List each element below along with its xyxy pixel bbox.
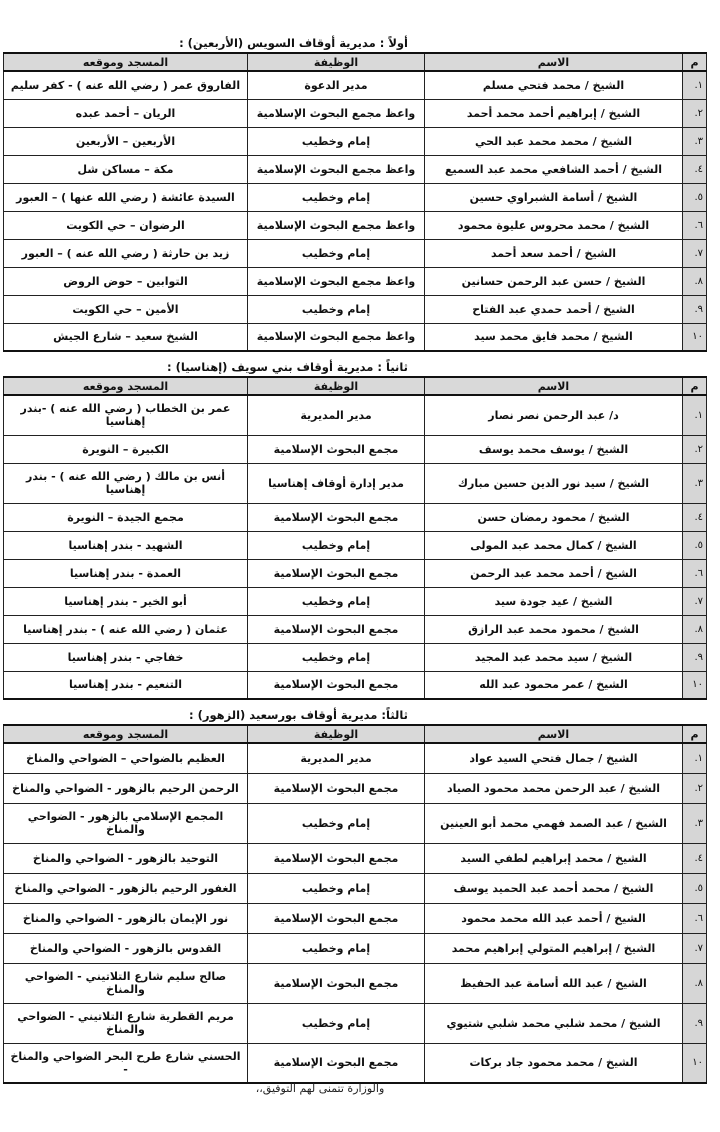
person-name: الشيخ / محمود رمضان حسن <box>425 503 683 531</box>
person-name: د/ عبد الرحمن نصر نصار <box>425 395 683 435</box>
job-title: مدير إدارة أوقاف إهناسيا <box>248 463 425 503</box>
table-row: ٨.الشيخ / عبد الله أسامة عبد الحفيظمجمع … <box>4 963 707 1003</box>
table-row: ١.الشيخ / محمد فتحي مسلممدير الدعوةالفار… <box>4 71 707 99</box>
person-name: الشيخ / عبد الله أسامة عبد الحفيظ <box>425 963 683 1003</box>
job-title: واعظ مجمع البحوث الإسلامية <box>248 323 425 351</box>
table-port-said: م الاسم الوظيفة المسجد وموقعه ١.الشيخ / … <box>3 724 707 1084</box>
person-name: الشيخ / محمد شلبي محمد شلبي شتيوي <box>425 1003 683 1043</box>
person-name: الشيخ / محمد محمد عبد الحي <box>425 127 683 155</box>
row-number: ١. <box>683 71 707 99</box>
table-suez: م الاسم الوظيفة المسجد وموقعه ١.الشيخ / … <box>3 52 707 352</box>
job-title: إمام وخطيب <box>248 803 425 843</box>
table-row: ٧.الشيخ / إبراهيم المتولي إبراهيم محمدإم… <box>4 933 707 963</box>
person-name: الشيخ / عيد جودة سيد <box>425 587 683 615</box>
section-title-port-said: ثالثاً: مديرية أوقاف بورسعيد (الزهور) : <box>189 708 408 722</box>
row-number: ٨. <box>683 615 707 643</box>
row-number: ٣. <box>683 803 707 843</box>
table-row: ٨.الشيخ / محمود محمد عبد الرازقمجمع البح… <box>4 615 707 643</box>
job-title: مدير المديرية <box>248 395 425 435</box>
person-name: الشيخ / أحمد الشافعي محمد عبد السميع <box>425 155 683 183</box>
job-title: واعظ مجمع البحوث الإسلامية <box>248 155 425 183</box>
row-number: ٩. <box>683 643 707 671</box>
row-number: ٦. <box>683 559 707 587</box>
mosque-location: الشيخ سعيد – شارع الجيش <box>4 323 248 351</box>
col-header-num: م <box>683 53 707 71</box>
person-name: الشيخ / محمد أحمد عبد الحميد يوسف <box>425 873 683 903</box>
col-header-name: الاسم <box>425 377 683 395</box>
row-number: ١. <box>683 395 707 435</box>
mosque-location: العمدة - بندر إهناسيا <box>4 559 248 587</box>
mosque-location: الريان – أحمد عبده <box>4 99 248 127</box>
row-number: ٧. <box>683 933 707 963</box>
table-row: ١٠الشيخ / محمد فايق محمد سيدواعظ مجمع ال… <box>4 323 707 351</box>
person-name: الشيخ / سيد نور الدين حسين مبارك <box>425 463 683 503</box>
job-title: إمام وخطيب <box>248 933 425 963</box>
job-title: إمام وخطيب <box>248 295 425 323</box>
table-row: ١.د/ عبد الرحمن نصر نصارمدير المديريةعمر… <box>4 395 707 435</box>
col-header-name: الاسم <box>425 725 683 743</box>
table-row: ٣.الشيخ / محمد محمد عبد الحيإمام وخطيبال… <box>4 127 707 155</box>
mosque-location: أبو الخير - بندر إهناسيا <box>4 587 248 615</box>
person-name: الشيخ / محمد فتحي مسلم <box>425 71 683 99</box>
row-number: ٣. <box>683 463 707 503</box>
col-header-mosque: المسجد وموقعه <box>4 377 248 395</box>
person-name: الشيخ / أسامة الشبراوي حسين <box>425 183 683 211</box>
table-row: ٢.الشيخ / يوسف محمد يوسفمجمع البحوث الإس… <box>4 435 707 463</box>
person-name: الشيخ / محمود محمد عبد الرازق <box>425 615 683 643</box>
row-number: ٤. <box>683 843 707 873</box>
job-title: واعظ مجمع البحوث الإسلامية <box>248 99 425 127</box>
row-number: ٦. <box>683 211 707 239</box>
job-title: مجمع البحوث الإسلامية <box>248 773 425 803</box>
mosque-location: الأربعين – الأربعين <box>4 127 248 155</box>
person-name: الشيخ / عبد الرحمن محمد محمود الصياد <box>425 773 683 803</box>
row-number: ٢. <box>683 99 707 127</box>
job-title: مجمع البحوث الإسلامية <box>248 559 425 587</box>
col-header-role: الوظيفة <box>248 53 425 71</box>
table-header-row: م الاسم الوظيفة المسجد وموقعه <box>4 725 707 743</box>
mosque-location: المجمع الإسلامي بالزهور - الضواحي والمنا… <box>4 803 248 843</box>
table-row: ٩.الشيخ / محمد شلبي محمد شلبي شتيويإمام … <box>4 1003 707 1043</box>
row-number: ٩. <box>683 295 707 323</box>
person-name: الشيخ / جمال فتحي السيد عواد <box>425 743 683 773</box>
table-row: ١٠الشيخ / عمر محمود عبد اللهمجمع البحوث … <box>4 671 707 699</box>
mosque-location: الرضوان – حي الكويت <box>4 211 248 239</box>
col-header-name: الاسم <box>425 53 683 71</box>
person-name: الشيخ / إبراهيم أحمد محمد أحمد <box>425 99 683 127</box>
job-title: مجمع البحوث الإسلامية <box>248 1043 425 1083</box>
row-number: ٢. <box>683 435 707 463</box>
person-name: الشيخ / يوسف محمد يوسف <box>425 435 683 463</box>
closing-note: والوزارة تتمنى لهم التوفيق،، <box>0 1082 640 1095</box>
table-row: ١٠الشيخ / محمد محمود جاد بركاتمجمع البحو… <box>4 1043 707 1083</box>
job-title: مجمع البحوث الإسلامية <box>248 503 425 531</box>
row-number: ٣. <box>683 127 707 155</box>
mosque-location: التنعيم - بندر إهناسيا <box>4 671 248 699</box>
job-title: إمام وخطيب <box>248 643 425 671</box>
job-title: مجمع البحوث الإسلامية <box>248 435 425 463</box>
job-title: إمام وخطيب <box>248 587 425 615</box>
table-row: ٥.الشيخ / محمد أحمد عبد الحميد يوسفإمام … <box>4 873 707 903</box>
job-title: واعظ مجمع البحوث الإسلامية <box>248 211 425 239</box>
mosque-location: مريم القطرية شارع التلاتيني - الضواحي وا… <box>4 1003 248 1043</box>
row-number: ٨. <box>683 963 707 1003</box>
job-title: مجمع البحوث الإسلامية <box>248 963 425 1003</box>
table-row: ٦.الشيخ / أحمد محمد عبد الرحمنمجمع البحو… <box>4 559 707 587</box>
job-title: مدير المديرية <box>248 743 425 773</box>
job-title: مجمع البحوث الإسلامية <box>248 615 425 643</box>
row-number: ٩. <box>683 1003 707 1043</box>
table-beni-suef: م الاسم الوظيفة المسجد وموقعه ١.د/ عبد ا… <box>3 376 707 700</box>
mosque-location: الرحمن الرحيم بالزهور - الضواحي والمناخ <box>4 773 248 803</box>
person-name: الشيخ / حسن عبد الرحمن حسانين <box>425 267 683 295</box>
col-header-num: م <box>683 725 707 743</box>
col-header-num: م <box>683 377 707 395</box>
row-number: ٥. <box>683 531 707 559</box>
table-row: ٧.الشيخ / عيد جودة سيدإمام وخطيبأبو الخي… <box>4 587 707 615</box>
row-number: ٢. <box>683 773 707 803</box>
table-row: ٤.الشيخ / محمود رمضان حسنمجمع البحوث الإ… <box>4 503 707 531</box>
mosque-location: الحسني شارع طرح البحر الضواحي والمناخ - <box>4 1043 248 1083</box>
row-number: ٥. <box>683 183 707 211</box>
table-row: ٣.الشيخ / سيد نور الدين حسين مباركمدير إ… <box>4 463 707 503</box>
person-name: الشيخ / سيد محمد عبد المجيد <box>425 643 683 671</box>
row-number: ٤. <box>683 503 707 531</box>
col-header-role: الوظيفة <box>248 377 425 395</box>
person-name: الشيخ / أحمد حمدي عبد الفتاح <box>425 295 683 323</box>
mosque-location: عمر بن الخطاب ( رضي الله عنه ) -بندر إهن… <box>4 395 248 435</box>
mosque-location: عثمان ( رضي الله عنه ) - بندر إهناسيا <box>4 615 248 643</box>
person-name: الشيخ / محمد محروس عليوة محمود <box>425 211 683 239</box>
person-name: الشيخ / إبراهيم المتولي إبراهيم محمد <box>425 933 683 963</box>
person-name: الشيخ / محمد فايق محمد سيد <box>425 323 683 351</box>
mosque-location: العظيم بالضواحي – الضواحي والمناخ <box>4 743 248 773</box>
table-row: ٥.الشيخ / أسامة الشبراوي حسينإمام وخطيبا… <box>4 183 707 211</box>
table-row: ٢.الشيخ / إبراهيم أحمد محمد أحمدواعظ مجم… <box>4 99 707 127</box>
mosque-location: الفاروق عمر ( رضي الله عنه ) - كفر سليم <box>4 71 248 99</box>
col-header-mosque: المسجد وموقعه <box>4 725 248 743</box>
row-number: ١٠ <box>683 671 707 699</box>
job-title: إمام وخطيب <box>248 873 425 903</box>
table-row: ٤.الشيخ / أحمد الشافعي محمد عبد السميعوا… <box>4 155 707 183</box>
mosque-location: التوحيد بالزهور - الضواحي والمناخ <box>4 843 248 873</box>
mosque-location: أنس بن مالك ( رضي الله عنه ) - بندر إهنا… <box>4 463 248 503</box>
job-title: إمام وخطيب <box>248 531 425 559</box>
mosque-location: صالح سليم شارع التلاتيني - الضواحي والمن… <box>4 963 248 1003</box>
mosque-location: السيدة عائشة ( رضي الله عنها ) – العبور <box>4 183 248 211</box>
row-number: ١٠ <box>683 1043 707 1083</box>
job-title: مجمع البحوث الإسلامية <box>248 843 425 873</box>
job-title: إمام وخطيب <box>248 239 425 267</box>
person-name: الشيخ / عمر محمود عبد الله <box>425 671 683 699</box>
job-title: مدير الدعوة <box>248 71 425 99</box>
col-header-role: الوظيفة <box>248 725 425 743</box>
mosque-location: خفاجي - بندر إهناسيا <box>4 643 248 671</box>
row-number: ٦. <box>683 903 707 933</box>
job-title: إمام وخطيب <box>248 127 425 155</box>
job-title: مجمع البحوث الإسلامية <box>248 903 425 933</box>
table-row: ٨.الشيخ / حسن عبد الرحمن حسانينواعظ مجمع… <box>4 267 707 295</box>
job-title: مجمع البحوث الإسلامية <box>248 671 425 699</box>
job-title: إمام وخطيب <box>248 183 425 211</box>
row-number: ٧. <box>683 239 707 267</box>
mosque-location: الكبيرة – النويرة <box>4 435 248 463</box>
table-row: ٩.الشيخ / أحمد حمدي عبد الفتاحإمام وخطيب… <box>4 295 707 323</box>
section-title-beni-suef: ثانياً : مديرية أوقاف بني سويف (إهناسيا)… <box>167 360 408 374</box>
mosque-location: الغفور الرحيم بالزهور - الضواحي والمناخ <box>4 873 248 903</box>
job-title: واعظ مجمع البحوث الإسلامية <box>248 267 425 295</box>
table-row: ١.الشيخ / جمال فتحي السيد عوادمدير المدي… <box>4 743 707 773</box>
person-name: الشيخ / أحمد محمد عبد الرحمن <box>425 559 683 587</box>
table-row: ٩.الشيخ / سيد محمد عبد المجيدإمام وخطيبخ… <box>4 643 707 671</box>
mosque-location: التوابين – حوض الروض <box>4 267 248 295</box>
mosque-location: زيد بن حارثة ( رضي الله عنه ) – العبور <box>4 239 248 267</box>
mosque-location: مجمع الجيدة – النويرة <box>4 503 248 531</box>
mosque-location: القدوس بالزهور - الضواحي والمناخ <box>4 933 248 963</box>
person-name: الشيخ / عبد الصمد فهمي محمد أبو العينين <box>425 803 683 843</box>
table-row: ٣.الشيخ / عبد الصمد فهمي محمد أبو العيني… <box>4 803 707 843</box>
row-number: ٧. <box>683 587 707 615</box>
section-title-suez: أولاً : مديرية أوقاف السويس (الأربعين) : <box>179 36 408 50</box>
table-row: ٦.الشيخ / محمد محروس عليوة محمودواعظ مجم… <box>4 211 707 239</box>
row-number: ٤. <box>683 155 707 183</box>
person-name: الشيخ / محمد محمود جاد بركات <box>425 1043 683 1083</box>
row-number: ٨. <box>683 267 707 295</box>
table-header-row: م الاسم الوظيفة المسجد وموقعه <box>4 53 707 71</box>
row-number: ١٠ <box>683 323 707 351</box>
table-row: ٧.الشيخ / أحمد سعد أحمدإمام وخطيبزيد بن … <box>4 239 707 267</box>
person-name: الشيخ / محمد إبراهيم لطفي السيد <box>425 843 683 873</box>
person-name: الشيخ / أحمد عبد الله محمد محمود <box>425 903 683 933</box>
table-row: ٤.الشيخ / محمد إبراهيم لطفي السيدمجمع ال… <box>4 843 707 873</box>
person-name: الشيخ / أحمد سعد أحمد <box>425 239 683 267</box>
table-row: ٢.الشيخ / عبد الرحمن محمد محمود الصيادمج… <box>4 773 707 803</box>
col-header-mosque: المسجد وموقعه <box>4 53 248 71</box>
person-name: الشيخ / كمال محمد عبد المولى <box>425 531 683 559</box>
row-number: ٥. <box>683 873 707 903</box>
mosque-location: مكة – مساكن شل <box>4 155 248 183</box>
mosque-location: الشهيد - بندر إهناسيا <box>4 531 248 559</box>
table-header-row: م الاسم الوظيفة المسجد وموقعه <box>4 377 707 395</box>
job-title: إمام وخطيب <box>248 1003 425 1043</box>
table-row: ٥.الشيخ / كمال محمد عبد المولىإمام وخطيب… <box>4 531 707 559</box>
mosque-location: الأمين – حي الكويت <box>4 295 248 323</box>
table-row: ٦.الشيخ / أحمد عبد الله محمد محمودمجمع ا… <box>4 903 707 933</box>
mosque-location: نور الإيمان بالزهور - الضواحي والمناخ <box>4 903 248 933</box>
row-number: ١. <box>683 743 707 773</box>
